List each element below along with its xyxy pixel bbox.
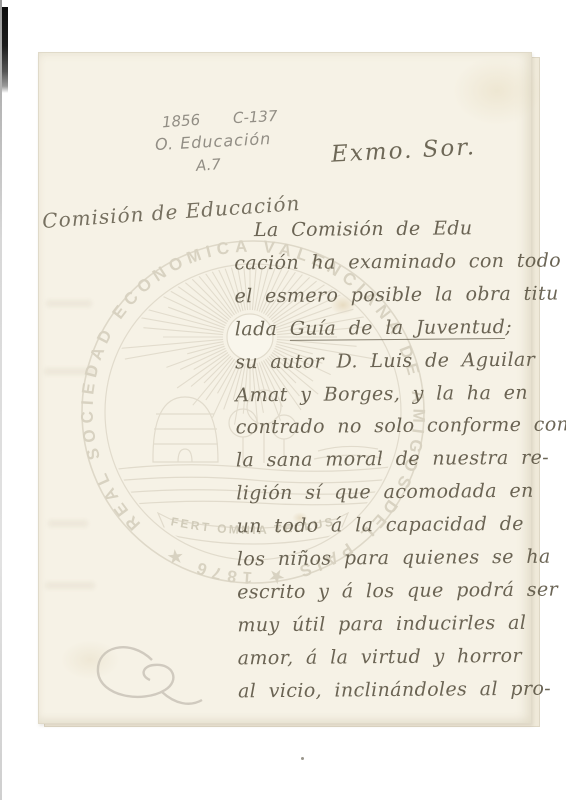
- body-line: La Comisión de Edu: [234, 212, 544, 248]
- letter-body: La Comisión de Edu cación ha examinado c…: [234, 212, 548, 708]
- archive-annotation-year: 1856: [161, 111, 200, 132]
- underlined-book-title: Guía de la Juventud: [290, 316, 506, 341]
- archive-annotation-legajo: A.7: [195, 155, 221, 175]
- pencil-flourish: [80, 630, 220, 730]
- body-line: contrado no solo conforme con: [236, 409, 546, 445]
- paper-speck: [301, 757, 304, 760]
- scanner-left-edge-line: [0, 0, 2, 800]
- body-line: los niños para quienes se ha: [237, 541, 547, 577]
- body-line: muy útil para inducirles al: [237, 607, 547, 643]
- scanner-corner-mark: [2, 7, 8, 93]
- archive-annotation-reference: C-137: [233, 107, 278, 127]
- body-line: Amat y Borges, y la ha en: [235, 376, 545, 412]
- beehive-icon: [153, 397, 218, 462]
- body-line: ligión sí que acomodada en: [236, 475, 546, 511]
- body-line: al vicio, inclinándoles al pro-: [238, 672, 548, 708]
- body-line: amor, á la virtud y horror: [238, 639, 548, 675]
- body-line: la sana moral de nuestra re-: [236, 442, 546, 478]
- body-line: escrito y á los que podrá ser: [237, 574, 547, 610]
- scanned-document-page: REAL SOCIEDAD ECONOMICA VALENCIANA DE AM…: [0, 0, 566, 800]
- body-line: el esmero posible la obra titu: [234, 277, 544, 313]
- body-line: lada Guía de la Juventud;: [235, 310, 545, 346]
- body-line: su autor D. Luis de Aguilar: [235, 343, 545, 379]
- body-line: cación ha examinado con todo: [234, 245, 544, 281]
- body-line-segment: lada: [235, 318, 290, 340]
- body-line-segment: ;: [505, 316, 512, 338]
- body-line: un todo á la capacidad de: [236, 508, 546, 544]
